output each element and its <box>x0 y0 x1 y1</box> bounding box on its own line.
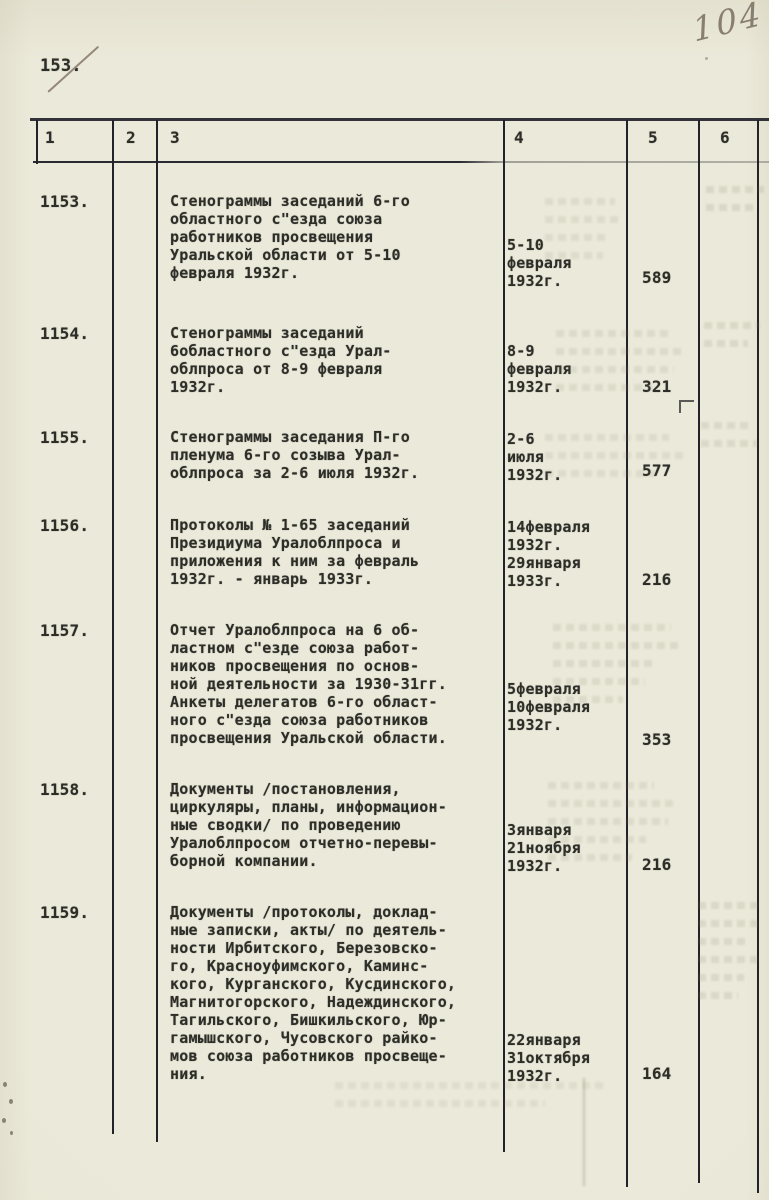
bleedthrough-ghost <box>553 624 681 714</box>
ink-speck <box>2 1118 6 1123</box>
handwritten-page-number: 104 <box>690 0 765 50</box>
bleedthrough-ghost <box>698 902 764 1010</box>
table-vline-left <box>36 120 38 164</box>
column-header-2: 2 <box>126 128 136 147</box>
bleedthrough-ghost <box>545 434 685 488</box>
table-vline-3 <box>503 120 505 1152</box>
bleedthrough-ghost <box>548 782 680 872</box>
table-vline-1 <box>112 120 114 1134</box>
row-dates: 22января 31октября 1932г. <box>507 1031 625 1085</box>
paper-crease <box>583 1078 585 1186</box>
bleedthrough-ghost <box>701 422 759 458</box>
row-number: 1155. <box>40 429 89 447</box>
row-description: Протоколы № 1-65 заседаний Президиума Ур… <box>170 516 502 588</box>
row-sheet-count: 216 <box>642 571 672 589</box>
row-description: Документы /постановления, циркуляры, пла… <box>170 780 502 870</box>
row-number: 1157. <box>40 622 89 640</box>
table-top-border <box>30 118 769 121</box>
row-description: Отчет Уралоблпроса на 6 об- ластном с"ез… <box>170 621 502 747</box>
table-vline-6 <box>757 120 759 1193</box>
row-sheet-count: 164 <box>642 1065 672 1083</box>
ink-speck <box>9 1099 13 1104</box>
row-dates: 14февраля 1932г. 29января 1933г. <box>507 518 625 590</box>
row-sheet-count: 589 <box>642 269 672 287</box>
row-description: Документы /протоколы, доклад- ные записк… <box>170 903 502 1083</box>
ink-speck <box>705 57 708 60</box>
table-vline-2 <box>156 120 158 1142</box>
row-description: Стенограммы заседания П-го пленума 6-го … <box>170 428 502 482</box>
row-number: 1156. <box>40 517 89 535</box>
row-number: 1159. <box>40 904 89 922</box>
scanned-page: 104 153. 1 2 3 4 5 6 1153. Стенограммы з… <box>0 0 769 1200</box>
bleedthrough-ghost <box>706 186 766 222</box>
table-vline-5 <box>698 120 700 1183</box>
bleedthrough-ghost <box>704 322 764 358</box>
ink-speck <box>3 1082 7 1087</box>
row-description: Стенограммы заседаний 6-го областного с"… <box>170 192 502 282</box>
column-header-6: 6 <box>720 128 730 147</box>
column-header-1: 1 <box>45 128 55 147</box>
column-header-5: 5 <box>648 128 658 147</box>
column-header-4: 4 <box>514 128 524 147</box>
ink-speck <box>10 1131 13 1135</box>
bleedthrough-ghost <box>335 1082 625 1118</box>
row-number: 1154. <box>40 325 89 343</box>
row-sheet-count: 353 <box>642 731 672 749</box>
bleedthrough-ghost <box>556 330 686 402</box>
row-number: 1153. <box>40 193 89 211</box>
table-header-underline <box>33 161 769 163</box>
bleedthrough-ghost <box>545 198 621 270</box>
row-number: 1158. <box>40 781 89 799</box>
row-description: Стенограммы заседаний 6областного с"езда… <box>170 324 502 396</box>
column-header-3: 3 <box>170 128 180 147</box>
